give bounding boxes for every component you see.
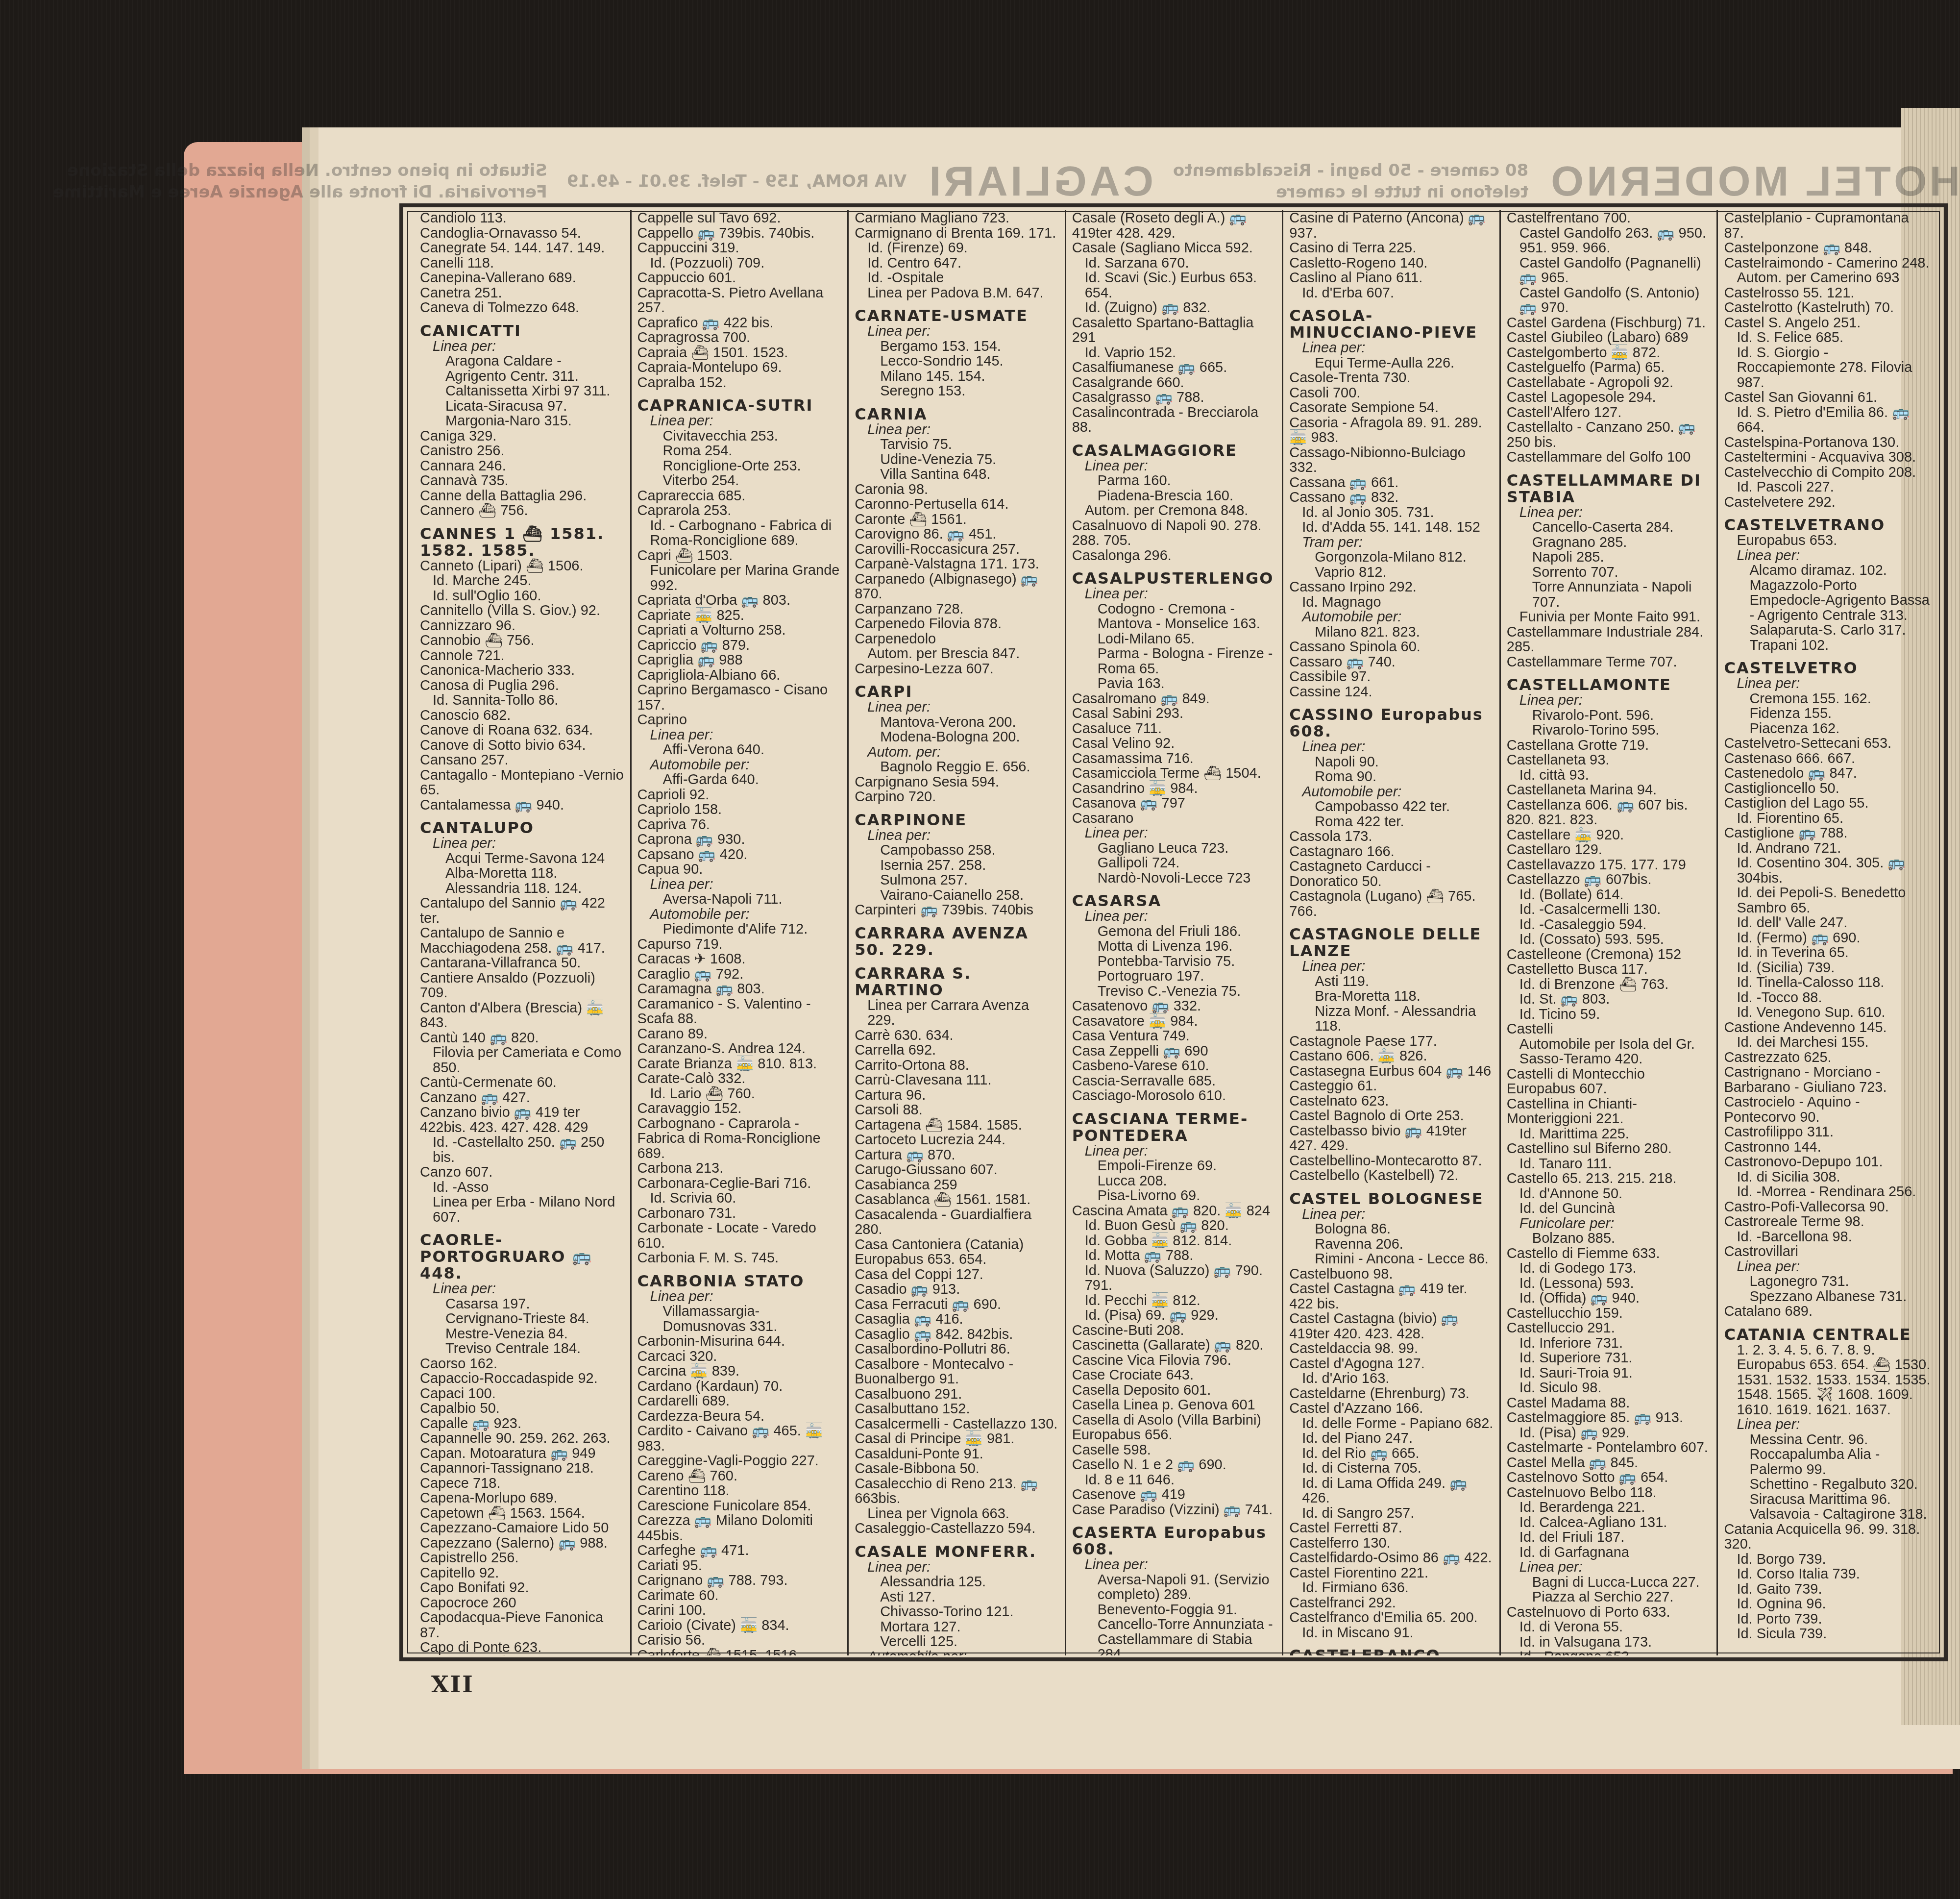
- index-entry: Casalecchio di Reno 213. 🚌 663bis.: [855, 1477, 1060, 1506]
- index-entry: Carbonate - Locate - Varedo 610.: [637, 1221, 843, 1251]
- index-entry: Cascinetta (Gallarate) 🚌 820.: [1072, 1338, 1277, 1353]
- index-entry: Castellammare Industriale 284. 285.: [1507, 625, 1712, 655]
- index-entry: Casorate Sempione 54.: [1289, 400, 1494, 416]
- index-entry: Capurso 719.: [637, 937, 843, 952]
- index-entry: Castellino sul Biferno 280.: [1507, 1141, 1712, 1157]
- index-entry: Carrito-Ortona 88.: [855, 1058, 1060, 1073]
- index-entry: 1. 2. 3. 4. 5. 6. 7. 8. 9. Europabus 653…: [1724, 1343, 1931, 1418]
- index-entry: Seregno 153.: [855, 384, 1060, 399]
- index-entry: Caraglio 🚌 792.: [637, 967, 843, 982]
- index-entry: Bagni di Lucca-Lucca 227.: [1507, 1575, 1712, 1590]
- index-entry: Id. Vaprio 152.: [1072, 345, 1277, 361]
- index-entry: Carisio 56.: [637, 1633, 843, 1648]
- index-entry: Castagnole Paese 177.: [1289, 1034, 1494, 1049]
- index-entry: Bergamo 153. 154.: [855, 339, 1060, 354]
- index-entry: Carioio (Civate) 🚋 834.: [637, 1618, 843, 1633]
- index-entry: Case Paradiso (Vizzini) 🚌 741.: [1072, 1503, 1277, 1518]
- station-heading: CANICATTI: [420, 322, 625, 339]
- index-entry: Ronciglione-Orte 253.: [637, 459, 843, 474]
- line-label: Linea per:: [855, 324, 1060, 339]
- index-entry: Canegrate 54. 144. 147. 149.: [420, 241, 625, 256]
- index-entry: Id. d'Adda 55. 141. 148. 152: [1289, 520, 1494, 535]
- line-label: Linea per:: [1507, 1560, 1712, 1575]
- index-entry: Castellaro 129.: [1507, 842, 1712, 858]
- index-entry: Castagnaro 166.: [1289, 844, 1494, 860]
- index-entry: Empoli-Firenze 69.: [1072, 1159, 1277, 1174]
- index-entry: Ravenna 206.: [1289, 1237, 1494, 1252]
- index-entry: Casalgrasso 🚌 788.: [1072, 390, 1277, 405]
- index-entry: Carpanè-Valstagna 171. 173.: [855, 557, 1060, 572]
- ad-hotel-name: HOTEL MODERNO: [1548, 157, 1960, 206]
- station-heading: CASTAGNOLE DELLE LANZE: [1289, 926, 1494, 959]
- index-entry: Castelguelfo (Parma) 65.: [1507, 360, 1712, 375]
- index-column: Candiolo 113.Candoglia-Ornavasso 54.Cane…: [414, 210, 632, 1655]
- index-entry: Casablanca ⛴ 1561. 1581.: [855, 1192, 1060, 1208]
- index-entry: Mestre-Venezia 84.: [420, 1327, 625, 1342]
- line-label: Automobile per:: [637, 758, 843, 773]
- index-entry: Casalfiumanese 🚌 665.: [1072, 360, 1277, 375]
- index-entry: Casale-Bibbona 50.: [855, 1461, 1060, 1477]
- index-entry: Isernia 257. 258.: [855, 858, 1060, 873]
- index-entry: Cassibile 97.: [1289, 669, 1494, 685]
- index-entry: Castroreale Terme 98.: [1724, 1214, 1931, 1230]
- index-entry: Cartura 96.: [855, 1088, 1060, 1103]
- index-entry: Mortara 127.: [855, 1620, 1060, 1635]
- index-entry: Cariati 95.: [637, 1558, 843, 1574]
- index-entry: Id. Corso Italia 739.: [1724, 1567, 1931, 1582]
- index-entry: Careno ⛴ 760.: [637, 1469, 843, 1484]
- index-entry: Alba-Moretta 118.: [420, 866, 625, 881]
- index-entry: Cannara 246.: [420, 459, 625, 474]
- index-entry: Capena-Morlupo 689.: [420, 1491, 625, 1506]
- index-entry: Castagneto Carducci - Donoratico 50.: [1289, 859, 1494, 889]
- index-entry: Cassano Irpino 292.: [1289, 580, 1494, 595]
- index-entry: Carpanedo (Albignasego) 🚌 870.: [855, 572, 1060, 602]
- index-entry: Cappello 🚌 739bis. 740bis.: [637, 226, 843, 241]
- index-entry: Casabianca 259: [855, 1178, 1060, 1193]
- index-entry: Europabus 653.: [1724, 533, 1931, 548]
- index-entry: Margonia-Naro 315.: [420, 414, 625, 429]
- line-label: Linea per:: [1724, 548, 1931, 564]
- index-entry: Vaprio 812.: [1289, 565, 1494, 580]
- index-entry: Canosa di Puglia 296.: [420, 678, 625, 693]
- index-entry: Id. Fiorentino 65.: [1724, 811, 1931, 826]
- index-entry: Viterbo 254.: [637, 473, 843, 489]
- index-entry: Id. -Tocco 88.: [1724, 990, 1931, 1006]
- index-entry: Capodacqua-Pieve Fanonica 87.: [420, 1610, 625, 1640]
- index-entry: Id. Lario ⛴ 760.: [637, 1086, 843, 1102]
- index-entry: Alessandria 125.: [855, 1575, 1060, 1590]
- index-entry: Id. (Firenze) 69.: [855, 241, 1060, 256]
- index-entry: Casalgrande 660.: [1072, 375, 1277, 391]
- index-entry: Capriccio 🚌 879.: [637, 638, 843, 653]
- index-entry: Gragnano 285.: [1507, 535, 1712, 550]
- index-entry: Id. Magnago: [1289, 595, 1494, 610]
- index-entry: Carpinteri 🚌 739bis. 740bis: [855, 903, 1060, 918]
- line-label: Linea per:: [1289, 959, 1494, 974]
- index-entry: Casavatore 🚋 984.: [1072, 1014, 1277, 1029]
- line-label: Linea per:: [1072, 1557, 1277, 1573]
- index-entry: Capracotta-S. Pietro Avellana 257.: [637, 286, 843, 316]
- index-entry: Casaluce 711.: [1072, 721, 1277, 737]
- index-entry: Gemona del Friuli 186.: [1072, 924, 1277, 939]
- index-entry: Napoli 285.: [1507, 550, 1712, 565]
- index-entry: Casadio 🚌 913.: [855, 1282, 1060, 1297]
- index-entry: Castell'Alfero 127.: [1507, 405, 1712, 420]
- index-entry: Id. di Garfagnana: [1507, 1545, 1712, 1560]
- index-entry: Bra-Moretta 118.: [1289, 989, 1494, 1004]
- index-entry: Casal Sabini 293.: [1072, 706, 1277, 721]
- index-entry: Id. d'Ario 163.: [1289, 1371, 1494, 1386]
- index-entry: Castelferro 130.: [1289, 1536, 1494, 1551]
- index-entry: Capragrossa 700.: [637, 330, 843, 345]
- index-entry: Licata-Siracusa 97.: [420, 399, 625, 414]
- index-entry: Bolzano 885.: [1507, 1231, 1712, 1246]
- index-entry: Caslino al Piano 611.: [1289, 271, 1494, 286]
- index-entry: Canepina-Vallerano 689.: [420, 271, 625, 286]
- index-entry: Id. delle Forme - Papiano 682.: [1289, 1416, 1494, 1431]
- index-entry: Castellana Grotte 719.: [1507, 738, 1712, 753]
- index-entry: Pavia 163.: [1072, 676, 1277, 691]
- index-entry: Civitavecchia 253.: [637, 429, 843, 444]
- index-entry: Id. (Sicilia) 739.: [1724, 961, 1931, 976]
- index-entry: Cassago-Nibionno-Bulciago 332.: [1289, 445, 1494, 475]
- index-entry: Castelbasso bivio 🚌 419ter 427. 429.: [1289, 1124, 1494, 1154]
- index-entry: Castel Mella 🚌 845.: [1507, 1455, 1712, 1471]
- index-entry: Portogruaro 197.: [1072, 969, 1277, 984]
- index-entry: Napoli 90.: [1289, 755, 1494, 770]
- ad-address: VIA ROMA, 159 - Telef. 39.01 - 49.19: [567, 171, 907, 192]
- index-entry: Carpignano Sesia 594.: [855, 775, 1060, 790]
- station-heading: CARRARA AVENZA 50. 229.: [855, 925, 1060, 958]
- bleed-through-advertisement: HOTEL MODERNO 80 camere - 50 bagni - Ris…: [407, 154, 1960, 208]
- index-entry: Castellammare Terme 707.: [1507, 655, 1712, 670]
- index-entry: Aversa-Napoli 91. (Servizio completo) 28…: [1072, 1573, 1277, 1603]
- index-entry: Casalbore - Montecalvo - Buonalbergo 91.: [855, 1357, 1060, 1387]
- index-entry: Cannero ⛴ 756.: [420, 503, 625, 518]
- index-entry: Cervignano-Trieste 84.: [420, 1311, 625, 1327]
- index-entry: Automobile per Isola del Gr. Sasso-Teram…: [1507, 1037, 1712, 1067]
- index-entry: Campobasso 422 ter.: [1289, 799, 1494, 814]
- index-entry: Cartagena ⛴ 1584. 1585.: [855, 1118, 1060, 1133]
- index-entry: Cremona 155. 162.: [1724, 691, 1931, 707]
- station-heading: CASALE MONFERR.: [855, 1543, 1060, 1560]
- index-entry: Aragona Caldare - Agrigento Centr. 311.: [420, 354, 625, 384]
- index-entry: Asti 119.: [1289, 974, 1494, 989]
- line-label: Linea per:: [1072, 1144, 1277, 1159]
- index-entry: Castelmarte - Pontelambro 607.: [1507, 1440, 1712, 1455]
- index-entry: Id. dei Marchesi 155.: [1724, 1035, 1931, 1050]
- index-entry: Id. dei Pepoli-S. Benedetto Sambro 65.: [1724, 886, 1931, 915]
- index-entry: Id. in Valsugana 173.: [1507, 1635, 1712, 1650]
- index-entry: Caprona 🚌 930.: [637, 832, 843, 847]
- index-entry: Castellalto - Canzano 250. 🚌 250 bis.: [1507, 420, 1712, 450]
- index-entry: Id. Gobba 🚋 812. 814.: [1072, 1233, 1277, 1249]
- index-entry: Id. -Asso: [420, 1180, 625, 1195]
- index-entry: Castel Ferretti 87.: [1289, 1521, 1494, 1536]
- station-index: Candiolo 113.Candoglia-Ornavasso 54.Cane…: [414, 210, 1935, 1655]
- index-entry: Casale (Sagliano Micca 592.: [1072, 241, 1277, 256]
- index-entry: Caprarola 253.: [637, 503, 843, 518]
- index-entry: Capocroce 260: [420, 1596, 625, 1611]
- index-entry: Id. Siculo 98.: [1507, 1381, 1712, 1396]
- index-entry: Cartoceto Lucrezia 244.: [855, 1133, 1060, 1148]
- index-entry: Carbonin-Misurina 644.: [637, 1334, 843, 1349]
- index-entry: Id. Sicula 739.: [1724, 1627, 1931, 1642]
- index-entry: Casteltermini - Acquaviva 308.: [1724, 450, 1931, 465]
- index-entry: Benevento-Foggia 91.: [1072, 1603, 1277, 1618]
- index-entry: Castel Fiorentino 221.: [1289, 1566, 1494, 1581]
- index-entry: Id. Firmiano 636.: [1289, 1580, 1494, 1596]
- index-entry: Linea per Erba - Milano Nord 607.: [420, 1195, 625, 1225]
- index-entry: Capitello 92.: [420, 1566, 625, 1581]
- index-entry: Carentino 118.: [637, 1483, 843, 1499]
- index-entry: Castelfranco d'Emilia 65. 200.: [1289, 1610, 1494, 1626]
- index-entry: Alessandria 118. 124.: [420, 881, 625, 896]
- index-entry: Castelnuovo di Porto 633.: [1507, 1605, 1712, 1620]
- index-entry: Carmiano Magliano 723.: [855, 211, 1060, 226]
- index-entry: Id. del Rio 🚌 665.: [1289, 1446, 1494, 1461]
- index-entry: Capraia-Montelupo 69.: [637, 360, 843, 375]
- line-label: Tram per:: [1289, 535, 1494, 550]
- index-entry: Canove di Sotto bivio 634.: [420, 738, 625, 753]
- index-entry: Cardano (Kardaun) 70.: [637, 1379, 843, 1394]
- index-entry: Castellina in Chianti-Monteriggioni 221.: [1507, 1097, 1712, 1127]
- index-entry: Carbonara-Ceglie-Bari 716.: [637, 1176, 843, 1191]
- index-entry: Castel Gandolfo (Pagnanelli) 🚌 965.: [1507, 256, 1712, 286]
- index-entry: Casino di Terra 225.: [1289, 241, 1494, 256]
- index-entry: Casa Ferracuti 🚌 690.: [855, 1297, 1060, 1312]
- index-entry: Castel Castagna 🚌 419 ter. 422 bis.: [1289, 1282, 1494, 1311]
- index-entry: Id. Venegono Sup. 610.: [1724, 1005, 1931, 1020]
- line-label: Linea per:: [1289, 1207, 1494, 1222]
- line-label: Linea per:: [420, 836, 625, 851]
- index-entry: Capraia ⛴ 1501. 1523.: [637, 345, 843, 361]
- index-entry: Castelnovo Sotto 🚌 654.: [1507, 1470, 1712, 1485]
- index-entry: Fidenza 155.: [1724, 706, 1931, 721]
- index-entry: Carate-Calò 332.: [637, 1071, 843, 1086]
- index-entry: Casaletto Spartano-Battaglia 291: [1072, 316, 1277, 345]
- index-entry: Modena-Bologna 200.: [855, 730, 1060, 745]
- index-entry: Casatenovo 🚌 332.: [1072, 999, 1277, 1014]
- index-entry: Castelplanio - Cupramontana 87.: [1724, 211, 1931, 241]
- index-column: Castelplanio - Cupramontana 87.Castelpon…: [1718, 210, 1935, 1655]
- index-entry: Castasegna Eurbus 604 🚌 146: [1289, 1064, 1494, 1079]
- index-entry: Id. Centro 647.: [855, 256, 1060, 271]
- index-entry: Castel Giubileo (Labaro) 689: [1507, 330, 1712, 345]
- index-entry: Capriate 🚋 825.: [637, 608, 843, 623]
- index-entry: Caorso 162.: [420, 1356, 625, 1372]
- station-heading: CASTEL BOLOGNESE: [1289, 1190, 1494, 1207]
- index-entry: Castano 606. 🚋 826.: [1289, 1049, 1494, 1064]
- index-entry: Canne della Battaglia 296.: [420, 489, 625, 504]
- index-entry: Castelraimondo - Camerino 248.: [1724, 256, 1931, 271]
- ad-city: CAGLIARI: [926, 157, 1153, 206]
- index-entry: Gorgonzola-Milano 812.: [1289, 550, 1494, 565]
- index-entry: Caniga 329.: [420, 429, 625, 444]
- index-entry: Cantù 140 🚌 820.: [420, 1031, 625, 1046]
- index-entry: Id. (Fermo) 🚌 690.: [1724, 931, 1931, 946]
- index-entry: Castelgomberto 🚋 872.: [1507, 345, 1712, 361]
- index-entry: Id. d'Annone 50.: [1507, 1186, 1712, 1202]
- index-entry: Casella Deposito 601.: [1072, 1383, 1277, 1398]
- index-entry: Casa Cantoniera (Catania) Europabus 653.…: [855, 1237, 1060, 1267]
- index-entry: Capece 718.: [420, 1476, 625, 1491]
- index-entry: Casella Linea p. Genova 601: [1072, 1398, 1277, 1413]
- index-entry: Id. Porto 739.: [1724, 1612, 1931, 1627]
- index-column: Cappelle sul Tavo 692.Cappello 🚌 739bis.…: [632, 210, 849, 1655]
- index-entry: Vercelli 125.: [855, 1634, 1060, 1650]
- index-entry: Treviso C.-Venezia 75.: [1072, 984, 1277, 999]
- index-entry: Castellavazzo 175. 177. 179: [1507, 858, 1712, 873]
- index-entry: Id. (Cossato) 593. 595.: [1507, 932, 1712, 947]
- index-entry: Caprafico 🚌 422 bis.: [637, 316, 843, 331]
- index-entry: Gagliano Leuca 723.: [1072, 841, 1277, 856]
- station-heading: CARPINONE: [855, 812, 1060, 828]
- station-heading: CAPRANICA-SUTRI: [637, 397, 843, 414]
- index-entry: Candiolo 113.: [420, 211, 625, 226]
- index-entry: Casenove 🚌 419: [1072, 1487, 1277, 1503]
- index-entry: Casacalenda - Guardialfiera 280.: [855, 1208, 1060, 1237]
- line-label: Autom. per:: [855, 745, 1060, 760]
- index-entry: Roma 90.: [1289, 769, 1494, 785]
- index-entry: Caronia 98.: [855, 482, 1060, 497]
- index-entry: Cassana 🚌 661.: [1289, 475, 1494, 491]
- line-label: Linea per:: [1507, 505, 1712, 520]
- index-entry: Castelfidardo-Osimo 86 🚌 422.: [1289, 1551, 1494, 1566]
- line-label: Linea per:: [855, 422, 1060, 438]
- index-entry: Carsoli 88.: [855, 1103, 1060, 1118]
- index-entry: Castelvecchio di Compito 208.: [1724, 465, 1931, 480]
- station-heading: CASTELVETRANO: [1724, 517, 1931, 533]
- index-entry: Castello 65. 213. 215. 218.: [1507, 1171, 1712, 1186]
- index-entry: Id. (Bollate) 614.: [1507, 888, 1712, 903]
- station-heading: CASTELLAMMARE DI STABIA: [1507, 472, 1712, 505]
- index-entry: Id. (Pozzuoli) 709.: [637, 256, 843, 271]
- index-entry: Casalcermelli - Castellazzo 130.: [855, 1417, 1060, 1432]
- index-entry: Casaleggio-Castellazzo 594.: [855, 1521, 1060, 1536]
- index-entry: Casole-Trenta 730.: [1289, 370, 1494, 386]
- index-entry: Roma 254.: [637, 444, 843, 459]
- index-entry: Id. di Cisterna 705.: [1289, 1461, 1494, 1476]
- index-entry: Id. (Pisa) 🚌 929.: [1507, 1426, 1712, 1441]
- index-entry: Casalonga 296.: [1072, 548, 1277, 564]
- index-entry: Id. -Ospitale: [855, 271, 1060, 286]
- index-entry: Gallipoli 724.: [1072, 856, 1277, 871]
- index-entry: Capsano 🚌 420.: [637, 847, 843, 863]
- station-heading: CATANIA CENTRALE: [1724, 1326, 1931, 1343]
- station-heading: CARNATE-USMATE: [855, 307, 1060, 324]
- index-entry: Id. -Morrea - Rendinara 256.: [1724, 1184, 1931, 1200]
- index-entry: Capalbio 50.: [420, 1401, 625, 1416]
- station-heading: CARNIA: [855, 406, 1060, 422]
- index-entry: Id. città 93.: [1507, 768, 1712, 783]
- line-label: Linea per:: [637, 728, 843, 743]
- index-entry: Cantù-Cermenate 60.: [420, 1075, 625, 1090]
- index-entry: Cantiere Ansaldo (Pozzuoli) 709.: [420, 971, 625, 1001]
- index-entry: Castelluccio 291.: [1507, 1321, 1712, 1336]
- index-entry: Case Crociate 643.: [1072, 1368, 1277, 1383]
- index-entry: Id. Cosentino 304. 305. 🚌 304bis.: [1724, 856, 1931, 886]
- index-entry: Codogno - Cremona - Mantova - Monselice …: [1072, 602, 1277, 632]
- line-label: Linea per:: [1507, 693, 1712, 708]
- index-entry: Cardito - Caivano 🚌 465. 🚋 983.: [637, 1424, 843, 1454]
- index-entry: Cappelle sul Tavo 692.: [637, 211, 843, 226]
- index-entry: Carpenedolo: [855, 632, 1060, 647]
- index-entry: Castel Gandolfo (S. Antonio) 🚌 970.: [1507, 286, 1712, 316]
- index-entry: Pontebba-Tarvisio 75.: [1072, 954, 1277, 969]
- index-entry: Campobasso 258.: [855, 843, 1060, 858]
- index-entry: Mantova-Verona 200.: [855, 715, 1060, 730]
- index-entry: Capodistria ⛴ 1511.: [420, 1655, 625, 1656]
- index-entry: Treviso Centrale 184.: [420, 1341, 625, 1356]
- index-entry: Casal di Principe 🚋 981.: [855, 1431, 1060, 1447]
- line-label: Automobile per:: [1289, 785, 1494, 800]
- index-entry: Carpenedo Filovia 878.: [855, 617, 1060, 632]
- index-entry: Castronno 144.: [1724, 1140, 1931, 1155]
- index-entry: Casalbordino-Pollutri 86.: [855, 1342, 1060, 1357]
- index-entry: Cascine Vica Filovia 796.: [1072, 1353, 1277, 1368]
- index-entry: Cantalupo de Sannio e Macchiagodena 258.…: [420, 926, 625, 956]
- index-entry: Cannizzaro 96.: [420, 618, 625, 634]
- station-heading: CASARSA: [1072, 892, 1277, 909]
- index-entry: Cantarana-Villafranca 50.: [420, 956, 625, 971]
- index-entry: Castelrotto (Kastelruth) 70.: [1724, 300, 1931, 316]
- index-entry: Caprino: [637, 713, 843, 728]
- index-entry: Rivarolo-Pont. 596.: [1507, 708, 1712, 723]
- index-entry: Castione Andevenno 145.: [1724, 1020, 1931, 1036]
- line-label: Linea per:: [1072, 909, 1277, 924]
- index-entry: Canzano bivio 🚌 419 ter 422bis. 423. 427…: [420, 1105, 625, 1135]
- index-entry: Lagonegro 731.: [1724, 1274, 1931, 1289]
- index-entry: Castelleone (Cremona) 152: [1507, 947, 1712, 962]
- index-entry: Lecco-Sondrio 145.: [855, 354, 1060, 369]
- index-entry: Casamicciola Terme ⛴ 1504.: [1072, 766, 1277, 781]
- line-label: Automobile per:: [637, 907, 843, 922]
- index-entry: Capan. Motoaratura 🚌 949: [420, 1446, 625, 1461]
- page-number: XII: [431, 1671, 474, 1698]
- index-entry: Id. S. Pietro d'Emilia 86. 🚌 664.: [1724, 405, 1931, 435]
- index-entry: Casarsa 197.: [420, 1297, 625, 1312]
- index-entry: Id. Calcea-Agliano 131.: [1507, 1515, 1712, 1530]
- index-entry: Castelponzone 🚌 848.: [1724, 241, 1931, 256]
- station-heading: CASSINO Europabus 608.: [1289, 706, 1494, 740]
- index-entry: Castelvetro-Settecani 653.: [1724, 736, 1931, 751]
- index-entry: Carugo-Giussano 607.: [855, 1162, 1060, 1178]
- index-entry: Cardarelli 689.: [637, 1394, 843, 1409]
- index-entry: Piazza al Serchio 227.: [1507, 1590, 1712, 1605]
- index-entry: Id. di Verona 55.: [1507, 1620, 1712, 1635]
- index-entry: Bologna 86.: [1289, 1222, 1494, 1237]
- index-entry: Castelspina-Portanova 130.: [1724, 435, 1931, 450]
- index-entry: Caranzano-S. Andrea 124.: [637, 1041, 843, 1057]
- index-entry: Casoli 700.: [1289, 386, 1494, 401]
- index-entry: Capaccio-Roccadaspide 92.: [420, 1371, 625, 1386]
- index-entry: Autom. per Brescia 847.: [855, 646, 1060, 662]
- index-entry: Id. Motta 🚌 788.: [1072, 1248, 1277, 1263]
- index-entry: Funivia per Monte Faito 991.: [1507, 610, 1712, 625]
- index-entry: Autom. per Cremona 848.: [1072, 503, 1277, 518]
- line-label: Linea per:: [420, 1282, 625, 1297]
- station-heading: CARBONIA STATO: [637, 1273, 843, 1289]
- index-entry: Piadena-Brescia 160.: [1072, 489, 1277, 504]
- index-entry: Id. del Piano 247.: [1289, 1431, 1494, 1446]
- index-entry: Cannitello (Villa S. Giov.) 92.: [420, 603, 625, 618]
- index-entry: Carbognano - Caprarola - Fabrica di Roma…: [637, 1116, 843, 1161]
- index-entry: Carbonaro 731.: [637, 1206, 843, 1221]
- index-entry: Cardezza-Beura 54.: [637, 1409, 843, 1424]
- index-entry: Capalle 🚌 923.: [420, 1416, 625, 1431]
